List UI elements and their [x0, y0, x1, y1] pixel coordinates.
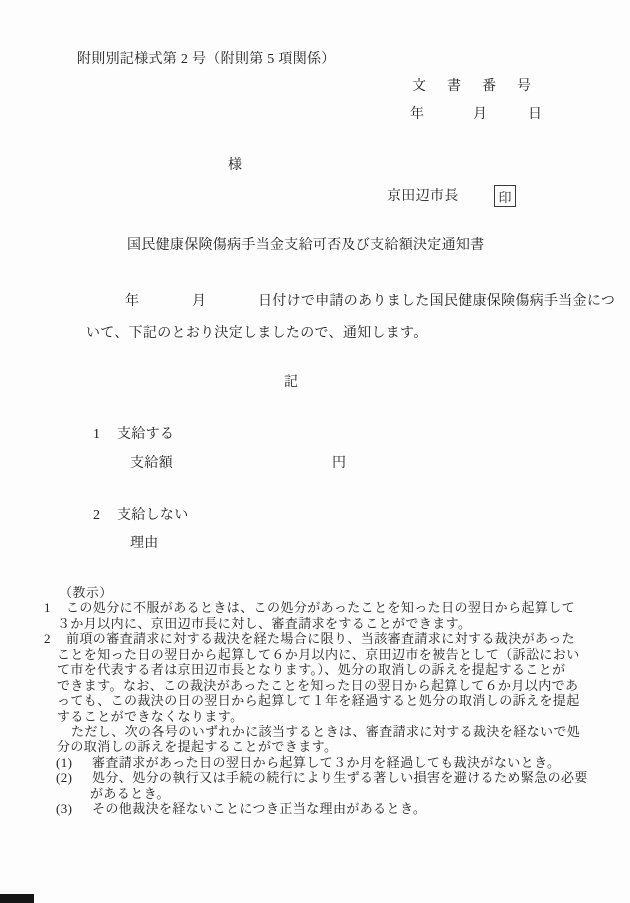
- kyoji-line: て市を代表する者は京田辺市長となります。）、処分の取消しの訴えを提起することが: [0, 662, 630, 677]
- reason-label: 理由: [130, 537, 159, 551]
- kyoji-line: 2前項の審査請求に対する裁決を経た場合に限り、当該審査請求に対する裁決があった: [0, 631, 630, 646]
- seal-mark: 印: [494, 185, 516, 207]
- appeal-instructions-section: （教示） 1この処分に不服があるときは、この処分があったことを知った日の翌日から…: [0, 585, 630, 817]
- header-date-month-label: 月: [473, 108, 487, 122]
- document-title: 国民健康保険傷病手当金支給可否及び支給額決定通知書: [127, 239, 485, 253]
- kyoji-line: 1この処分に不服があるときは、この処分があったことを知った日の翌日から起算して: [0, 600, 630, 615]
- kyoji-line: ただし、次の各号のいずれかに該当するときは、審査請求に対する裁決を経ないで処: [0, 724, 630, 739]
- kyoji-heading: （教示）: [0, 585, 630, 600]
- kyoji-line: ３か月以内に、京田辺市長に対し、審査請求をすることができます。: [0, 616, 630, 631]
- decision-item1-label: 支給する: [117, 428, 174, 442]
- payment-amount-unit: 円: [332, 457, 346, 471]
- kyoji-line: っても、この裁決の日の翌日から起算して１年を経過すると処分の取消しの訴えを提起: [0, 693, 630, 708]
- header-date-day-label: 日: [528, 108, 542, 122]
- decision-item1-number: 1: [93, 428, 100, 442]
- kyoji-line: ことを知った日の翌日から起算して６か月以内に、京田辺市を被告として（訴訟におい: [0, 647, 630, 662]
- payment-amount-label: 支給額: [130, 457, 173, 471]
- document-page: 附則別記様式第 2 号（附則第 5 項関係） 文書番号 年 月 日 様 京田辺市…: [0, 0, 630, 903]
- decision-item2-number: 2: [93, 509, 100, 523]
- body-date-year-label: 年: [125, 295, 139, 309]
- sender-name: 京田辺市長: [387, 190, 459, 204]
- record-marker: 記: [284, 376, 298, 390]
- form-number-note: 附則別記様式第 2 号（附則第 5 項関係）: [77, 53, 336, 67]
- kyoji-line: (3)その他裁決を経ないことにつき正当な理由があるとき。: [0, 801, 630, 816]
- document-number-label: 文書番号: [412, 80, 552, 94]
- kyoji-line: (1)審査請求があった日の翌日から起算して３か月を経過しても裁決がないとき。: [0, 755, 630, 770]
- body-date-month-label: 月: [192, 295, 206, 309]
- kyoji-line: できます。なお、この裁決があったことを知った日の翌日から起算して６か月以内であ: [0, 678, 630, 693]
- kyoji-line: 分の取消しの訴えを提起することができます。: [0, 739, 630, 754]
- decision-item2-label: 支給しない: [117, 509, 189, 523]
- scan-artifact-mark: [0, 894, 34, 903]
- kyoji-line: することができなくなります。: [0, 709, 630, 724]
- addressee-suffix: 様: [228, 159, 242, 173]
- header-date-year-label: 年: [410, 108, 424, 122]
- body-paragraph-line1: 日付けで申請のありました国民健康保険傷病手当金につ: [258, 295, 615, 309]
- kyoji-line: (2)処分、処分の執行又は手続の続行により生ずる著しい損害を避けるため緊急の必要: [0, 770, 630, 785]
- body-paragraph-line2: いて、下記のとおり決定しましたので、通知します。: [86, 327, 428, 341]
- kyoji-line: があるとき。: [0, 786, 630, 801]
